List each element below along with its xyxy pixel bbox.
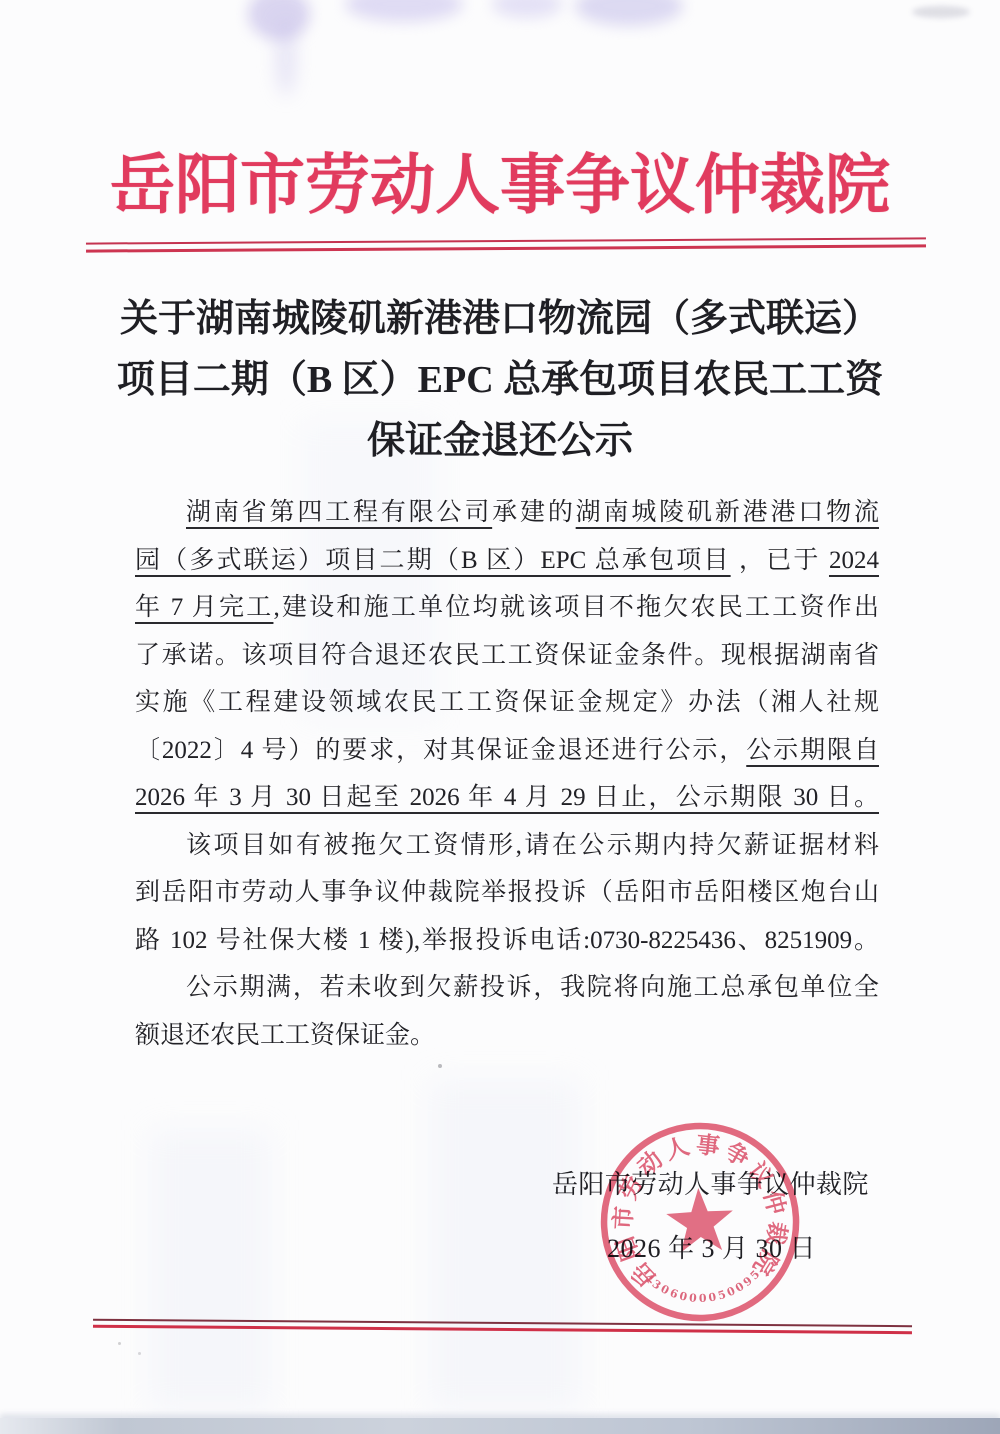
body-text-segment: 了承诺。该项目符合退还农民工工资保证金条件。现根据湖南省 (135, 642, 879, 669)
letterhead-org-name: 岳阳市劳动人事争议仲裁院 (0, 140, 1000, 232)
scan-speck (138, 1352, 141, 1355)
body-text-line: 该项目如有被拖欠工资情形,请在公示期内持欠薪证据材料 (135, 822, 879, 870)
scan-light-band (430, 1080, 580, 1410)
notice-title-line-3: 保证金退还公示 (0, 411, 1000, 472)
body-text-line: 了承诺。该项目符合退还农民工工资保证金条件。现根据湖南省 (135, 632, 879, 680)
body-text-line: 路 102 号社保大楼 1 楼),举报投诉电话:0730-8225436、825… (135, 917, 879, 965)
scan-smudge (575, 0, 683, 26)
letterhead-divider-line-top (86, 237, 926, 244)
underlined-text: 湖南省第四工程有限公司 (186, 499, 492, 526)
body-text-segment: 〔2022〕4 号）的要求，对其保证金退还进行公示， (135, 737, 746, 764)
body-text-segment: 到岳阳市劳动人事争议仲裁院举报投诉（岳阳市岳阳楼区炮台山 (135, 879, 879, 906)
body-text-segment: 额退还农民工工资保证金。 (135, 1022, 435, 1049)
notice-title-line-2: 项目二期（B 区）EPC 总承包项目农民工工资 (0, 350, 1000, 411)
underlined-text: 2026 年 3 月 30 日起至 2026 年 4 月 29 日止，公示期限 … (135, 784, 879, 811)
underlined-text: 园（多式联运）项目二期（B 区）EPC 总承包项目 (135, 547, 731, 574)
body-text-segment: 承建的 (492, 499, 576, 526)
body-text-segment: ,建设和施工单位均就该项目不拖欠农民工工资作出 (273, 594, 879, 621)
scanned-notice-page: 岳阳市劳动人事争议仲裁院 关于湖南城陵矶新港港口物流园（多式联运） 项目二期（B… (0, 0, 1000, 1434)
underlined-text: 湖南城陵矶新港港口物流 (576, 499, 879, 526)
body-text-line: 湖南省第四工程有限公司承建的湖南城陵矶新港港口物流 (135, 489, 879, 537)
underlined-text: 公示期限自 (746, 737, 879, 764)
scan-smudge (248, 0, 310, 40)
body-text-segment: 公示期满，若未收到欠薪投诉，我院将向施工总承包单位全 (186, 974, 879, 1001)
scan-speck (438, 1064, 442, 1068)
body-text-segment: 该项目如有被拖欠工资情形,请在公示期内持欠薪证据材料 (186, 832, 879, 859)
body-text-line: 实施《工程建设领域农民工工资保证金规定》办法（湘人社规 (135, 679, 879, 727)
body-text-line: 到岳阳市劳动人事争议仲裁院举报投诉（岳阳市岳阳楼区炮台山 (135, 869, 879, 917)
scan-smudge (345, 0, 463, 22)
body-text-segment: ，已于 (731, 547, 829, 574)
notice-body: 湖南省第四工程有限公司承建的湖南城陵矶新港港口物流园（多式联运）项目二期（B 区… (135, 489, 879, 1059)
official-seal: 岳阳市劳动人事争议仲裁院 4306000050095 (584, 1106, 815, 1335)
underlined-text: 2024 (829, 547, 879, 574)
scan-edge-shadow (0, 1418, 1000, 1434)
body-text-segment: 实施《工程建设领域农民工工资保证金规定》办法（湘人社规 (135, 689, 879, 716)
underlined-text: 年 7 月完工 (135, 594, 273, 621)
scan-light-band (150, 1130, 270, 1410)
notice-title-line-1: 关于湖南城陵矶新港港口物流园（多式联运） (0, 289, 1000, 350)
notice-title: 关于湖南城陵矶新港港口物流园（多式联运） 项目二期（B 区）EPC 总承包项目农… (0, 289, 1000, 472)
letterhead-divider-line-bottom (86, 244, 926, 252)
body-text-line: 园（多式联运）项目二期（B 区）EPC 总承包项目 ，已于 2024 (135, 537, 879, 585)
body-text-segment: 路 102 号社保大楼 1 楼),举报投诉电话:0730-8225436、825… (135, 927, 879, 954)
scan-smudge (492, 0, 562, 18)
scan-smudge (276, 18, 296, 96)
body-text-line: 额退还农民工工资保证金。 (135, 1012, 879, 1060)
scan-smudge (912, 6, 970, 18)
body-text-line: 年 7 月完工,建设和施工单位均就该项目不拖欠农民工工资作出 (135, 584, 879, 632)
letterhead-divider (86, 237, 926, 252)
body-text-line: 2026 年 3 月 30 日起至 2026 年 4 月 29 日止，公示期限 … (135, 774, 879, 822)
scan-speck (118, 1342, 121, 1345)
body-text-line: 公示期满，若未收到欠薪投诉，我院将向施工总承包单位全 (135, 964, 879, 1012)
body-text-line: 〔2022〕4 号）的要求，对其保证金退还进行公示，公示期限自 (135, 727, 879, 775)
seal-star-icon (665, 1186, 735, 1253)
